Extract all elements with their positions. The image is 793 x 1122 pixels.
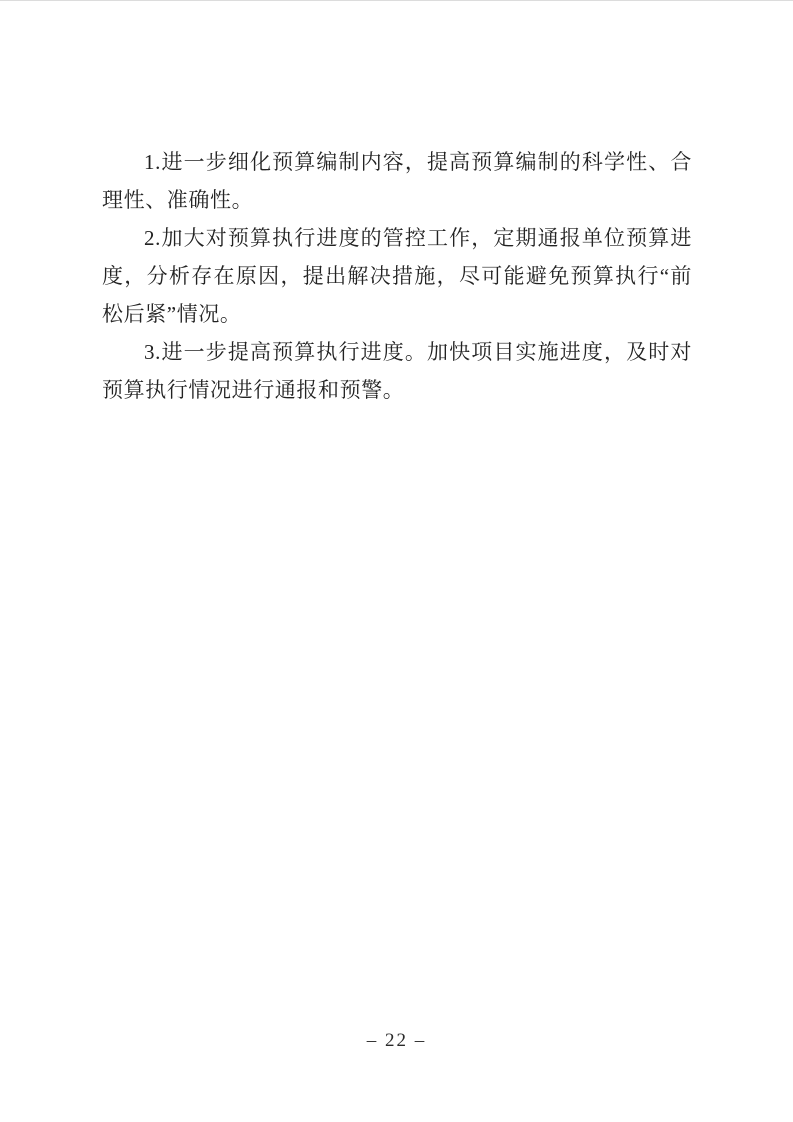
document-page: 1.进一步细化预算编制内容，提高预算编制的科学性、合理性、准确性。 2.加大对预… xyxy=(0,0,793,1122)
paragraph-2: 2.加大对预算执行进度的管控工作，定期通报单位预算进度，分析存在原因，提出解决措… xyxy=(102,219,692,333)
page-number: – 22 – xyxy=(0,1030,793,1052)
paragraph-3: 3.进一步提高预算执行进度。加快项目实施进度，及时对预算执行情况进行通报和预警。 xyxy=(102,333,692,409)
document-body: 1.进一步细化预算编制内容，提高预算编制的科学性、合理性、准确性。 2.加大对预… xyxy=(102,143,692,409)
paragraph-1: 1.进一步细化预算编制内容，提高预算编制的科学性、合理性、准确性。 xyxy=(102,143,692,219)
